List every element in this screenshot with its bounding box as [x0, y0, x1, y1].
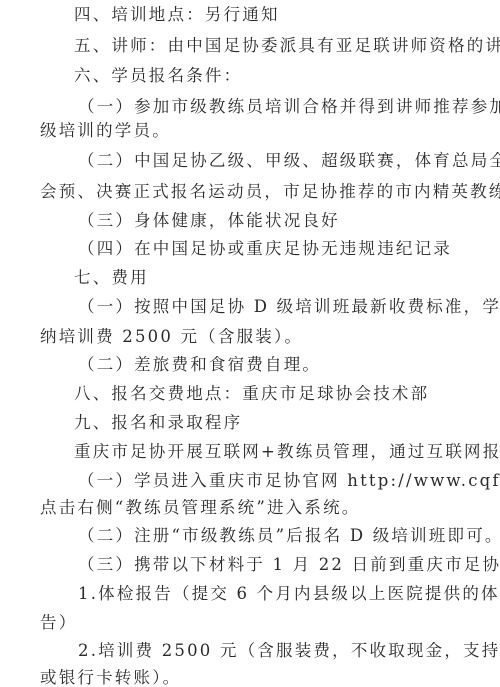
document-page: 四、培训地点：另行通知 五、讲师：由中国足协委派具有亚足联讲师资格的讲师 六、学… [0, 0, 500, 687]
section-9-item-2: （二）注册“市级教练员”后报名 D 级培训班即可。 [78, 525, 500, 547]
section-6-item-2-cont: 会预、决赛正式报名运动员，市足协推荐的市内精英教练员 [40, 181, 500, 203]
material-2-training-fee: 2.培训费 2500 元（含服装费，不收取现金，支持支付宝 [78, 640, 500, 662]
section-7-item-1-cont: 纳培训费 2500 元（含服装）。 [40, 326, 303, 348]
section-6-heading: 六、学员报名条件： [74, 65, 242, 87]
section-6-item-2: （二）中国足协乙级、甲级、超级联赛，体育总局全运 [78, 150, 500, 172]
section-9-item-3: （三）携带以下材料于 1 月 22 日前到重庆市足协报名。 [78, 554, 500, 576]
section-4-training-location: 四、培训地点：另行通知 [74, 4, 280, 26]
material-1-medical-report: 1.体检报告（提交 6 个月内县级以上医院提供的体检报 [78, 583, 500, 605]
section-6-item-1-cont: 级培训的学员。 [40, 120, 171, 142]
section-9-heading: 九、报名和录取程序 [74, 412, 242, 434]
section-6-item-4: （四）在中国足协或重庆足协无违规违纪记录 [78, 238, 452, 260]
section-7-heading: 七、费用 [74, 267, 149, 289]
section-8-registration-location: 八、报名交费地点：重庆市足球协会技术部 [74, 383, 429, 405]
section-9-item-1-cont: 点击右侧“教练员管理系统”进入系统。 [40, 497, 360, 519]
section-7-item-1: （一）按照中国足协 D 级培训班最新收费标准，学员缴 [78, 296, 500, 318]
section-5-instructor: 五、讲师：由中国足协委派具有亚足联讲师资格的讲师 [74, 35, 500, 57]
section-6-item-3: （三）身体健康，体能状况良好 [78, 210, 340, 232]
section-7-item-2: （二）差旅费和食宿费自理。 [78, 354, 321, 376]
section-6-item-1: （一）参加市级教练员培训合格并得到讲师推荐参加 D [78, 96, 500, 118]
section-9-item-1: （一）学员进入重庆市足协官网 http://www.cqfa.org.cn [78, 470, 500, 492]
section-9-intro: 重庆市足协开展互联网+教练员管理，通过互联网报名 [74, 441, 500, 463]
material-2-cont: 或银行卡转账）。 [40, 667, 181, 687]
material-1-cont: 告） [40, 612, 77, 634]
